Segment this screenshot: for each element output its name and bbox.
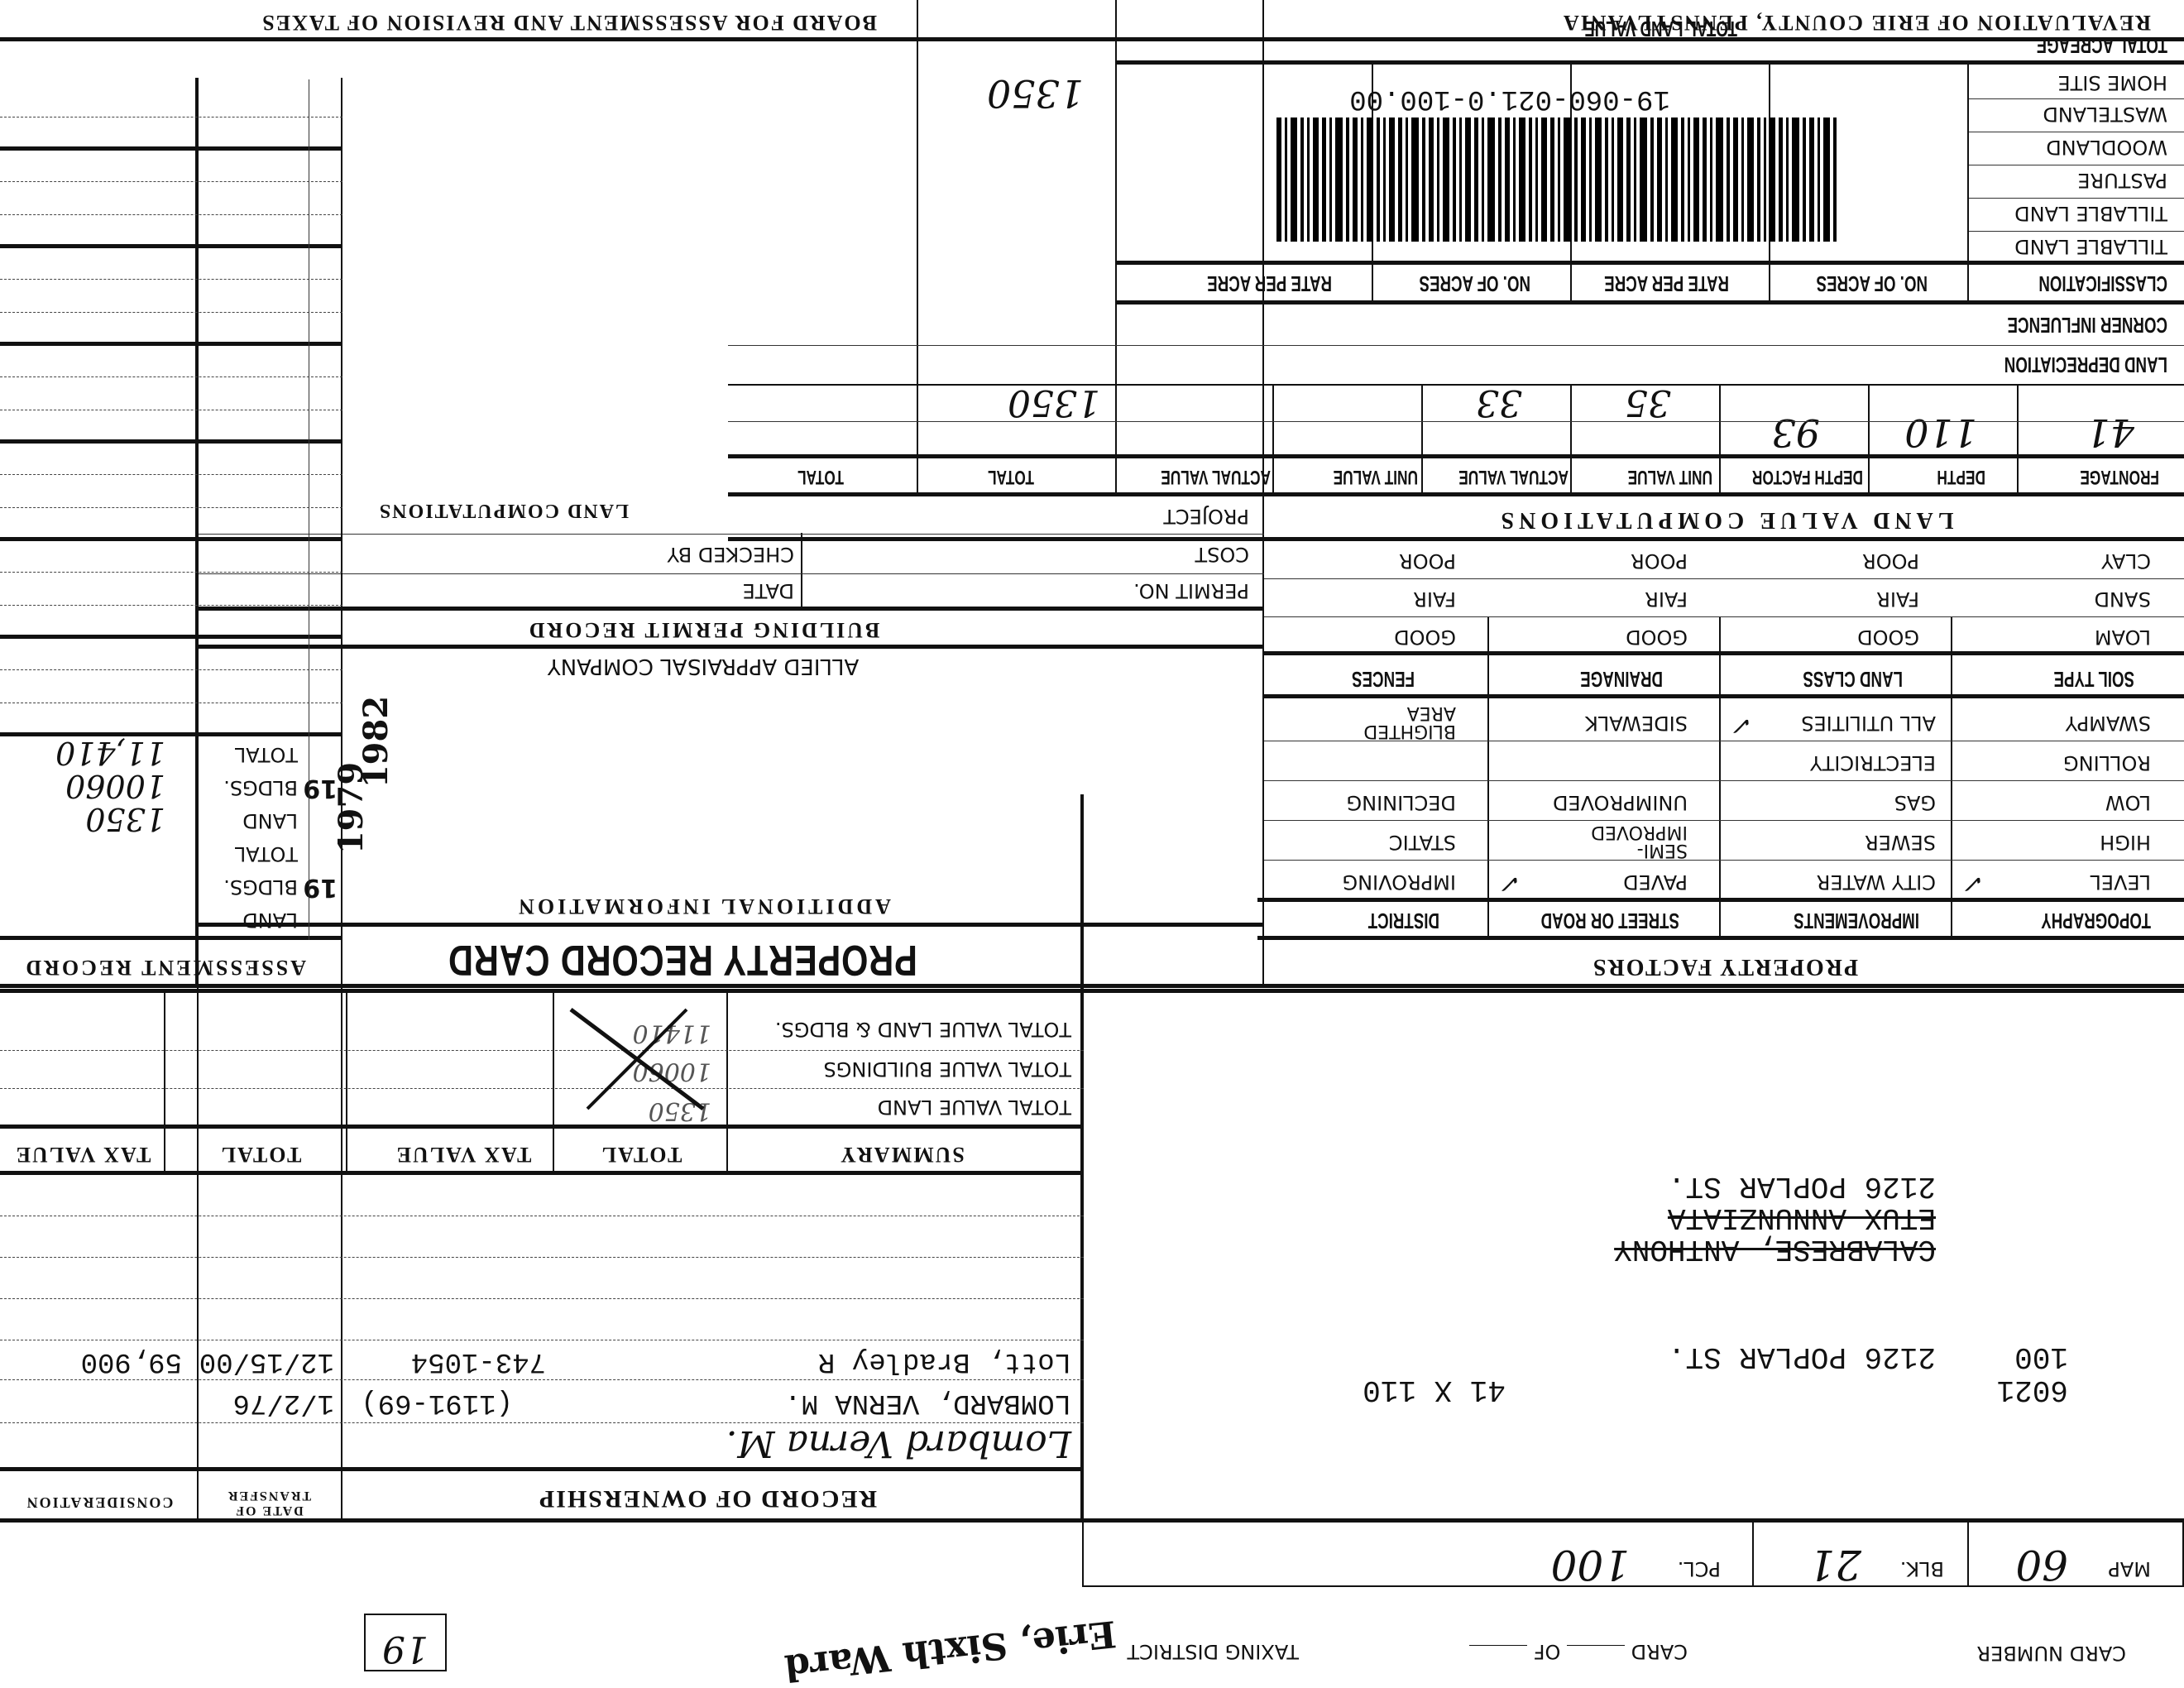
- crossed-out-x-icon: [554, 1001, 720, 1125]
- permit-date-label: DATE: [743, 579, 794, 602]
- parcel-id: 19-060-021.0-100.00: [1183, 83, 1837, 114]
- street-semi-improved: SEMI-IMPROVED: [1572, 822, 1688, 859]
- soil-type-header: SOIL TYPE: [2054, 666, 2134, 692]
- fences-good: GOOD: [1394, 626, 1456, 649]
- summary-row-total: TOTAL VALUE LAND & BLDGS.: [775, 1018, 1071, 1041]
- prev-owner-address: 2126 POPLAR ST.: [1668, 1169, 1936, 1203]
- col-total-1: TOTAL: [988, 465, 1034, 488]
- district-improving: IMPROVING: [1343, 870, 1456, 894]
- summary-col-total-2: TOTAL: [174, 1142, 347, 1167]
- summary-col-taxvalue-1: TAX VALUE: [372, 1142, 554, 1167]
- total-land-value: 1350: [987, 71, 1084, 116]
- col-frontage: FRONTAGE: [2080, 465, 2159, 488]
- col-total-2: TOTAL: [797, 465, 844, 488]
- soil-sand: SAND: [2094, 587, 2151, 611]
- consideration-label: CONSIDERATION: [0, 1494, 199, 1511]
- pcl-label: PCL.: [1678, 1557, 1721, 1580]
- classification-header: CLASSIFICATION: [2038, 271, 2167, 296]
- rate-per-acre-2: RATE PER ACRE: [1207, 271, 1332, 296]
- drainage-good: GOOD: [1626, 626, 1688, 649]
- ownership-title: RECORD OF OWNERSHIP: [339, 1484, 1075, 1513]
- ownership-owner-2: LOMBARD, VERNA M.: [784, 1387, 1071, 1418]
- land-value-computations-title: LAND VALUE COMPUTATIONS: [1274, 506, 2176, 533]
- landclass-fair: FAIR: [1876, 587, 1919, 611]
- assess-land-label-2: LAND: [242, 809, 298, 832]
- col-depth: DEPTH: [1937, 465, 1985, 488]
- ownership-owner-1: Lombard Verna M.: [726, 1422, 1071, 1465]
- imp-sewer: SEWER: [1865, 831, 1936, 854]
- col-unit-value-2: UNIT VALUE: [1334, 465, 1418, 488]
- street-unimproved: UNIMPROVED: [1553, 791, 1688, 814]
- land-total-value: 1350: [1008, 381, 1100, 424]
- assess-total-value: 11,410: [55, 735, 165, 771]
- barcode-bars: [1183, 117, 1837, 242]
- drainage-poor: POOR: [1631, 549, 1688, 573]
- depth-value: 110: [1904, 410, 1977, 455]
- assess-bldgs-value: 10060: [65, 768, 165, 804]
- topo-high: HIGH: [2100, 831, 2151, 854]
- taxing-district-value: Erie, Sixth Ward: [783, 1612, 1118, 1688]
- street-sidewalk: SIDEWALK: [1585, 712, 1688, 735]
- frontage-value: 41: [2086, 410, 2134, 455]
- improvements-header: IMPROVEMENTS: [1794, 908, 1919, 933]
- imp-gas: GAS: [1894, 791, 1936, 814]
- ownership-date-3: 12/15/00: [199, 1345, 334, 1377]
- depth-factor-value: 93: [1771, 410, 1820, 455]
- topography-header: TOPOGRAPHY: [2041, 908, 2151, 933]
- fences-poor: POOR: [1399, 549, 1456, 573]
- landclass-good: GOOD: [1857, 626, 1919, 649]
- col-depth-factor: DEPTH FACTOR: [1752, 465, 1863, 488]
- assess-stamp-year-2: 1982: [357, 696, 395, 788]
- district-blighted: BLIGHTED AREA: [1340, 703, 1456, 740]
- summary-title: SUMMARY: [736, 1142, 1067, 1167]
- land-depreciation-label: LAND DEPRECIATION: [2004, 352, 2167, 377]
- property-record-card: CARD NUMBER CARD OF TAXING DISTRICT Erie…: [0, 0, 2184, 1688]
- district-header: DISTRICT: [1368, 908, 1439, 933]
- assessment-empty-blocks: [0, 83, 342, 736]
- imp-city-water: CITY WATER: [1817, 870, 1936, 894]
- district-static: STATIC: [1389, 831, 1456, 854]
- blk-value: 21: [1808, 1541, 1861, 1589]
- rate-per-acre-1: RATE PER ACRE: [1604, 271, 1729, 296]
- parcel-barcode: 19-060-021.0-100.00: [1183, 83, 1837, 242]
- header-left-title: REVALUATION OF ERIE COUNTY, PENNSYLVANIA: [1562, 10, 2151, 35]
- property-address: 2126 POPLAR ST.: [1668, 1340, 1936, 1374]
- actual-value: 33: [1476, 381, 1522, 424]
- soil-clay: CLAY: [2101, 549, 2151, 573]
- header-right-title: BOARD FOR ASSESSMENT AND REVISION OF TAX…: [261, 10, 877, 35]
- summary-col-taxvalue-2: TAX VALUE: [0, 1142, 165, 1167]
- lot-dimensions: 41 X 110: [1363, 1373, 1506, 1407]
- map-value: 60: [2015, 1541, 2068, 1589]
- col-unit-value-1: UNIT VALUE: [1628, 465, 1712, 488]
- soil-loam: LOAM: [2095, 626, 2151, 649]
- col-actual-value-2: ACTUAL VALUE: [1161, 465, 1271, 488]
- street-header: STREET OR ROAD: [1541, 908, 1679, 933]
- permit-no-label: PERMIT NO.: [1133, 579, 1249, 602]
- permit-project-label: PROJECT: [1163, 505, 1249, 528]
- card-number-label: CARD NUMBER: [2027, 1642, 2126, 1665]
- class-home-site: HOME SITE: [2057, 71, 2167, 94]
- summary-col-total-1: TOTAL: [554, 1142, 728, 1167]
- ownership-ref-2: (1191-69): [361, 1387, 513, 1418]
- landclass-poor: POOR: [1862, 549, 1919, 573]
- date-of-transfer-label: DATE OF TRANSFER: [199, 1488, 339, 1518]
- pcl-value: 100: [1551, 1541, 1630, 1589]
- additional-info-title: ADDITIONAL INFORMATION: [248, 894, 1158, 918]
- drainage-fair: FAIR: [1645, 587, 1688, 611]
- ownership-owner-3: Lott, Bradley R: [818, 1345, 1071, 1377]
- imp-electricity: ELECTRICITY: [1810, 751, 1936, 774]
- class-tillable-2: TILLABLE LAND: [2014, 202, 2167, 225]
- district-declining: DECLINING: [1347, 791, 1456, 814]
- property-factors-title: PROPERTY FACTORS: [1274, 953, 2176, 980]
- building-permit-title: BUILDING PERMIT RECORD: [248, 617, 1158, 642]
- unit-value: 35: [1625, 381, 1671, 424]
- total-acreage-label: TOTAL ACREAGE: [2037, 32, 2167, 58]
- drainage-header: DRAINAGE: [1580, 666, 1663, 692]
- topo-low: LOW: [2105, 791, 2151, 814]
- owner-line-code-2: 100: [2014, 1340, 2068, 1374]
- assess-total-label-2: TOTAL: [235, 743, 298, 766]
- class-tillable-1: TILLABLE LAND: [2014, 235, 2167, 258]
- summary-row-buildings: TOTAL VALUE BUILDINGS: [824, 1057, 1071, 1081]
- topo-rolling: ROLLING: [2063, 751, 2151, 774]
- ownership-ref-3: 743-1054: [411, 1345, 546, 1377]
- imp-all-utilities-check: ✓: [1733, 711, 1754, 740]
- map-label: MAP: [2108, 1557, 2151, 1580]
- prev-owner-spouse: ETUX ANNUNZIATA: [1668, 1201, 1936, 1235]
- taxing-district-label: TAXING DISTRICT: [1200, 1640, 1299, 1663]
- land-class-header: LAND CLASS: [1803, 666, 1903, 692]
- no-of-acres-2: NO. OF ACRES: [1419, 271, 1530, 296]
- class-wasteland: WASTELAND: [2043, 103, 2167, 126]
- street-paved: PAVED: [1623, 870, 1688, 894]
- assess-land-label: LAND: [242, 909, 298, 932]
- fences-header: FENCES: [1352, 666, 1415, 692]
- assessment-record-title: ASSESSMENT RECORD: [23, 955, 306, 980]
- fences-fair: FAIR: [1413, 587, 1456, 611]
- corner-mark-box: 19: [364, 1614, 447, 1671]
- assess-bldgs-label: BLDGS.: [223, 875, 298, 899]
- assess-bldgs-label-2: BLDGS.: [223, 776, 298, 799]
- owner-line-code-1: 6021: [1997, 1373, 2068, 1407]
- no-of-acres-1: NO. OF ACRES: [1816, 271, 1928, 296]
- summary-row-land: TOTAL VALUE LAND: [878, 1096, 1071, 1119]
- corner-influence-label: CORNER INFLUENCE: [2008, 312, 2167, 338]
- blk-label: BLK.: [1900, 1557, 1944, 1580]
- col-actual-value-1: ACTUAL VALUE: [1458, 465, 1569, 488]
- topo-level-check: ✓: [1965, 869, 1985, 898]
- class-woodland: WOODLAND: [2046, 136, 2167, 159]
- assess-land-value: 1350: [85, 801, 165, 837]
- topo-swampy: SWAMPY: [2066, 712, 2151, 735]
- prev-owner-name: CALABRESE, ANTHONY: [1614, 1232, 1936, 1266]
- class-pasture: PASTURE: [2077, 169, 2167, 192]
- ownership-consideration-3: 59,900: [81, 1345, 182, 1377]
- assess-total-label: TOTAL: [235, 842, 298, 866]
- permit-cost-label: COST: [1195, 543, 1249, 566]
- card-title: PROPERTY RECORD CARD: [223, 935, 1142, 985]
- card-of-field[interactable]: CARD OF: [1469, 1640, 1688, 1663]
- street-paved-check: ✓: [1501, 869, 1522, 898]
- ownership-date-2: 1/2/76: [233, 1387, 334, 1418]
- imp-all-utilities: ALL UTILITIES: [1801, 712, 1936, 735]
- topo-level: LEVEL: [2091, 870, 2152, 894]
- company-name: ALLIED APPRAISAL COMPANY: [248, 654, 1158, 679]
- land-computations-title: LAND COMPUTATIONS: [378, 499, 629, 521]
- checked-by-label: CHECKED BY: [667, 543, 794, 566]
